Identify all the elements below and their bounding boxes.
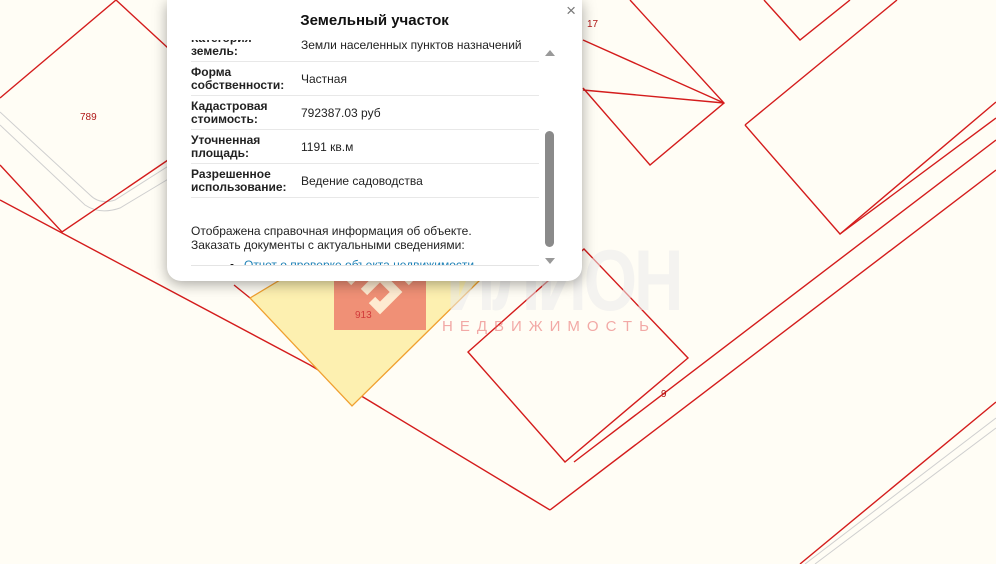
scrollbar[interactable] bbox=[543, 48, 557, 264]
row-key: Разрешенное использование: bbox=[191, 164, 297, 198]
row-value: Земли населенных пунктов назначений bbox=[297, 40, 539, 62]
table-row: Категория земель: Земли населенных пункт… bbox=[191, 40, 539, 62]
scroll-down-icon[interactable] bbox=[545, 258, 555, 264]
row-value: Ведение садоводства bbox=[297, 164, 539, 198]
row-value: 792387.03 руб bbox=[297, 96, 539, 130]
selected-parcel[interactable] bbox=[250, 280, 480, 406]
popup-title: Земельный участок bbox=[167, 12, 582, 29]
row-value: Частная bbox=[297, 62, 539, 96]
info-table: Категория земель: Земли населенных пункт… bbox=[191, 40, 539, 198]
report-link[interactable]: Отчет о проверке объекта недвижимости → bbox=[244, 258, 489, 265]
popup-body[interactable]: Категория земель: Земли населенных пункт… bbox=[191, 40, 539, 265]
row-key: Кадастровая стоимость: bbox=[191, 96, 297, 130]
list-item: Отчет о проверке объекта недвижимости → bbox=[244, 258, 539, 265]
info-note: Отображена справочная информация об объе… bbox=[191, 224, 539, 252]
row-key: Категория земель: bbox=[191, 40, 297, 62]
parcel-label-913: 913 bbox=[355, 310, 372, 321]
report-list: Отчет о проверке объекта недвижимости → bbox=[191, 258, 539, 265]
table-row: Уточненная площадь: 1191 кв.м bbox=[191, 130, 539, 164]
scrollbar-thumb[interactable] bbox=[545, 131, 554, 247]
table-row: Форма собственности: Частная bbox=[191, 62, 539, 96]
row-key: Уточненная площадь: bbox=[191, 130, 297, 164]
note-line-1: Отображена справочная информация об объе… bbox=[191, 224, 539, 238]
parcel-label-17: 17 bbox=[587, 19, 599, 30]
scroll-up-icon[interactable] bbox=[545, 50, 555, 56]
table-row: Разрешенное использование: Ведение садов… bbox=[191, 164, 539, 198]
divider bbox=[191, 265, 539, 266]
row-key: Форма собственности: bbox=[191, 62, 297, 96]
note-line-2: Заказать документы с актуальными сведени… bbox=[191, 238, 539, 252]
table-row: Кадастровая стоимость: 792387.03 руб bbox=[191, 96, 539, 130]
row-value: 1191 кв.м bbox=[297, 130, 539, 164]
parcel-label-9: 9 bbox=[661, 389, 667, 400]
parcel-label-789: 789 bbox=[80, 112, 97, 123]
parcel-info-popup: × Земельный участок Категория земель: Зе… bbox=[167, 0, 582, 281]
